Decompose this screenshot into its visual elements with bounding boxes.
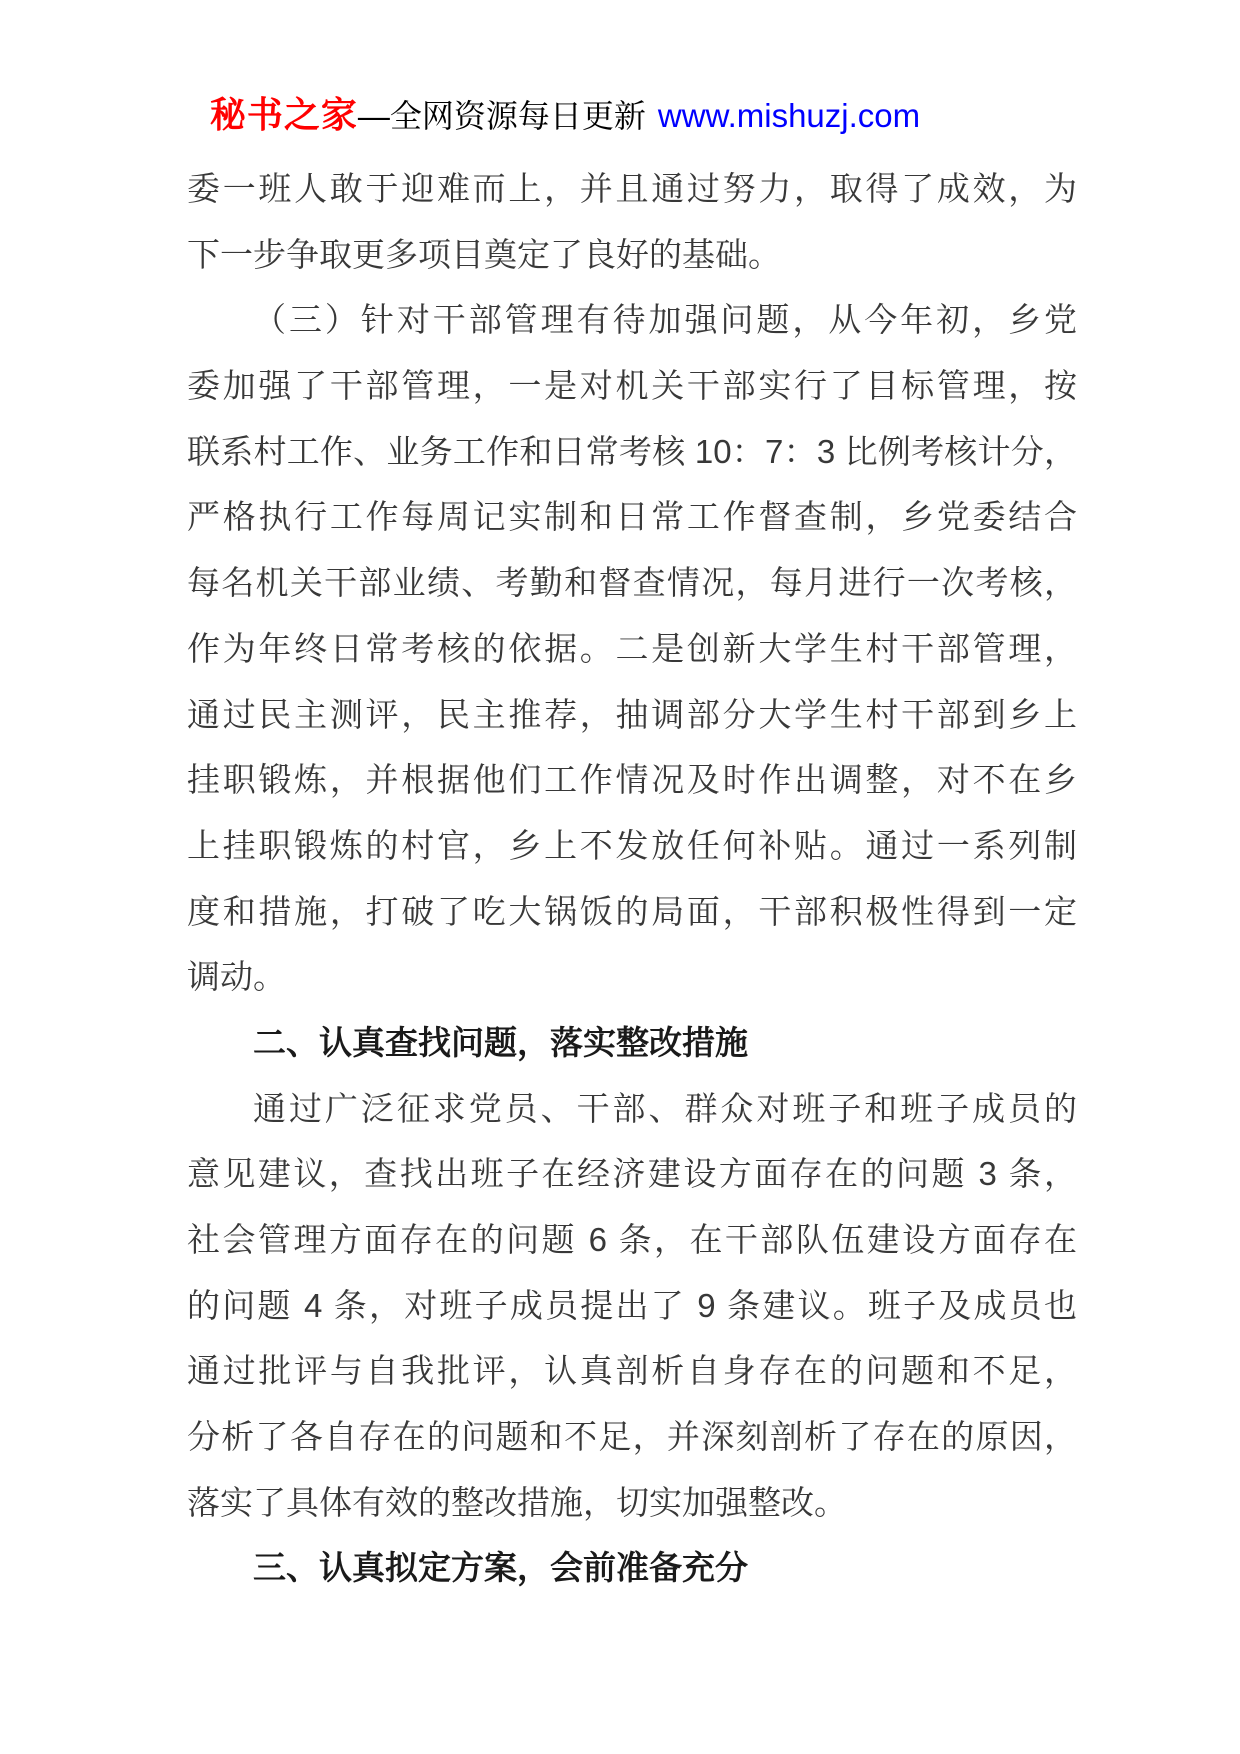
body-line: 通过批评与自我批评，认真剖析自身存在的问题和不足， (187, 1338, 1077, 1404)
body-line: 作为年终日常考核的依据。二是创新大学生村干部管理， (187, 616, 1077, 682)
body-line: 分析了各自存在的问题和不足，并深刻剖析了存在的原因， (187, 1404, 1077, 1470)
body-line: 挂职锻炼，并根据他们工作情况及时作出调整，对不在乡 (187, 747, 1077, 813)
site-url-link[interactable]: www.mishuzj.com (658, 97, 920, 134)
body-line: 上挂职锻炼的村官，乡上不发放任何补贴。通过一系列制 (187, 813, 1077, 879)
body-line: 的问题 4 条，对班子成员提出了 9 条建议。班子及成员也 (187, 1273, 1077, 1339)
header-tagline: 全网资源每日更新 (390, 98, 646, 134)
document-text: 委一班人敢于迎难而上，并且通过努力，取得了成效，为 下一步争取更多项目奠定了良好… (187, 156, 1077, 1601)
site-brand: 秘书之家 (210, 94, 358, 135)
body-line: 调动。 (187, 944, 1077, 1010)
body-line: 委一班人敢于迎难而上，并且通过努力，取得了成效，为 (187, 156, 1077, 222)
body-line: 意见建议，查找出班子在经济建设方面存在的问题 3 条， (187, 1141, 1077, 1207)
body-line: 下一步争取更多项目奠定了良好的基础。 (187, 222, 1077, 288)
document-page: 秘书之家—全网资源每日更新www.mishuzj.com 委一班人敢于迎难而上，… (0, 0, 1240, 1754)
body-line: 严格执行工作每周记实制和日常工作督查制，乡党委结合 (187, 484, 1077, 550)
body-line: 落实了具体有效的整改措施，切实加强整改。 (187, 1470, 1077, 1536)
section-heading-2: 二、认真查找问题，落实整改措施 (187, 1010, 1077, 1076)
body-line: 社会管理方面存在的问题 6 条，在干部队伍建设方面存在 (187, 1207, 1077, 1273)
body-line: （三）针对干部管理有待加强问题，从今年初，乡党 (187, 287, 1077, 353)
body-line: 通过广泛征求党员、干部、群众对班子和班子成员的 (187, 1076, 1077, 1142)
page-header: 秘书之家—全网资源每日更新www.mishuzj.com (0, 92, 1240, 146)
body-line: 委加强了干部管理，一是对机关干部实行了目标管理，按 (187, 353, 1077, 419)
body-line: 每名机关干部业绩、考勤和督查情况，每月进行一次考核， (187, 550, 1077, 616)
header-dash: — (358, 98, 390, 134)
body-line: 度和措施，打破了吃大锅饭的局面，干部积极性得到一定 (187, 879, 1077, 945)
body-line: 联系村工作、业务工作和日常考核 10：7：3 比例考核计分， (187, 419, 1077, 485)
section-heading-3: 三、认真拟定方案，会前准备充分 (187, 1535, 1077, 1601)
body-line: 通过民主测评，民主推荐，抽调部分大学生村干部到乡上 (187, 682, 1077, 748)
